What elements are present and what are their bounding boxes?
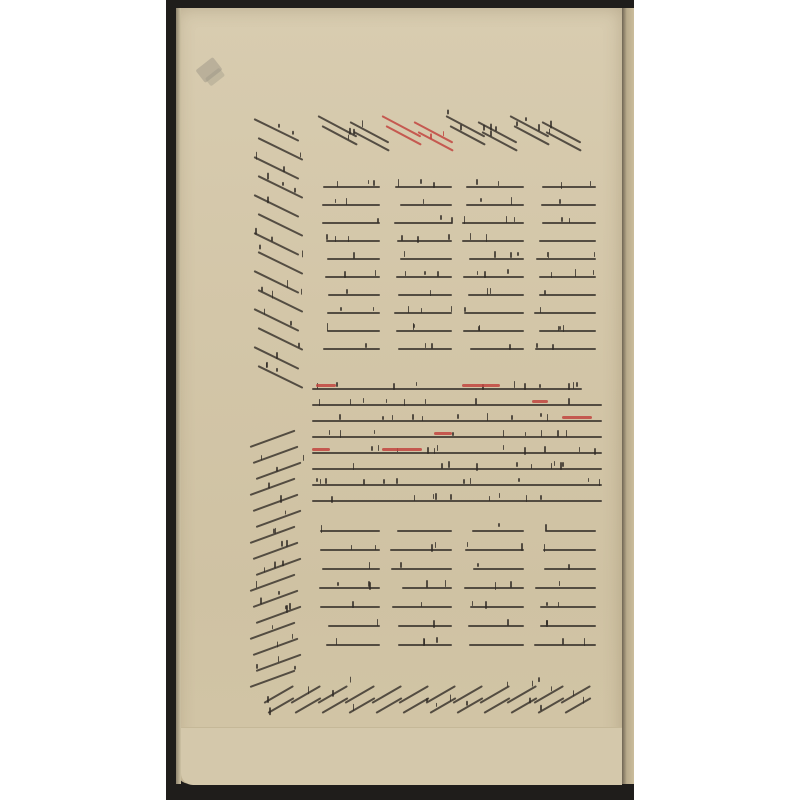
script-text-line bbox=[543, 549, 596, 551]
script-stroke bbox=[532, 681, 534, 687]
script-stroke bbox=[325, 478, 327, 484]
script-stroke bbox=[540, 307, 542, 313]
script-stroke bbox=[423, 199, 425, 205]
script-stroke bbox=[451, 217, 453, 224]
script-stroke bbox=[511, 415, 513, 419]
script-stroke bbox=[437, 271, 439, 277]
script-stroke bbox=[431, 544, 433, 552]
script-stroke bbox=[408, 306, 410, 312]
script-stroke bbox=[377, 619, 379, 626]
script-stroke bbox=[256, 152, 258, 160]
script-text-line bbox=[320, 530, 380, 532]
script-text-line bbox=[395, 186, 452, 188]
script-stroke bbox=[559, 199, 561, 204]
script-text-line bbox=[312, 452, 602, 454]
script-stroke bbox=[544, 446, 546, 453]
script-stroke bbox=[544, 290, 546, 296]
script-stroke bbox=[457, 414, 459, 419]
script-stroke bbox=[346, 289, 348, 294]
script-stroke bbox=[393, 383, 395, 391]
script-stroke bbox=[476, 179, 478, 185]
script-stroke bbox=[514, 217, 516, 221]
page-fold-strip bbox=[622, 8, 634, 784]
script-stroke bbox=[518, 478, 520, 482]
script-stroke bbox=[510, 252, 512, 258]
script-stroke bbox=[470, 478, 472, 484]
script-stroke bbox=[285, 605, 287, 609]
script-stroke bbox=[450, 494, 452, 500]
script-stroke bbox=[275, 528, 277, 534]
script-stroke bbox=[526, 495, 528, 503]
script-stroke bbox=[498, 523, 500, 527]
script-stroke bbox=[363, 479, 365, 486]
script-stroke bbox=[335, 199, 337, 203]
script-stroke bbox=[440, 215, 442, 220]
script-stroke bbox=[255, 227, 257, 234]
script-stroke bbox=[503, 445, 505, 450]
script-text-line bbox=[463, 276, 524, 278]
script-stroke bbox=[588, 478, 590, 482]
script-stroke bbox=[300, 153, 302, 158]
verse-block-upper bbox=[318, 178, 598, 360]
script-stroke bbox=[350, 677, 352, 683]
script-stroke bbox=[348, 134, 350, 139]
script-stroke bbox=[433, 182, 435, 188]
script-text-line bbox=[326, 644, 380, 646]
script-text-line bbox=[466, 186, 524, 188]
script-stroke bbox=[287, 280, 289, 288]
script-stroke bbox=[377, 218, 379, 223]
script-text-line bbox=[540, 625, 596, 627]
script-text-line bbox=[327, 330, 380, 332]
script-stroke bbox=[353, 463, 355, 470]
script-stroke bbox=[559, 326, 561, 331]
script-stroke bbox=[289, 603, 291, 609]
script-stroke bbox=[430, 290, 432, 297]
script-stroke bbox=[507, 619, 509, 626]
script-stroke bbox=[374, 430, 376, 435]
script-stroke bbox=[450, 694, 452, 701]
script-stroke bbox=[282, 182, 284, 186]
script-text-line bbox=[312, 404, 602, 406]
script-text-line bbox=[325, 276, 380, 278]
script-text-line bbox=[469, 258, 524, 260]
script-stroke bbox=[560, 462, 562, 469]
script-text-line bbox=[322, 222, 380, 224]
script-stroke bbox=[434, 448, 436, 454]
script-stroke bbox=[599, 479, 601, 487]
script-text-line bbox=[398, 625, 452, 627]
rubric-mark bbox=[562, 416, 592, 419]
script-stroke bbox=[298, 342, 300, 347]
script-stroke bbox=[498, 181, 500, 186]
script-stroke bbox=[259, 245, 261, 250]
script-stroke bbox=[507, 269, 509, 273]
script-stroke bbox=[545, 524, 547, 531]
script-stroke bbox=[590, 181, 592, 186]
script-stroke bbox=[538, 677, 540, 682]
script-stroke bbox=[477, 271, 479, 275]
script-text-line bbox=[464, 312, 524, 314]
script-stroke bbox=[424, 271, 426, 275]
script-stroke bbox=[276, 466, 278, 471]
script-stroke bbox=[336, 638, 338, 646]
script-stroke bbox=[539, 384, 541, 389]
script-text-line bbox=[396, 330, 452, 332]
script-text-line bbox=[253, 446, 299, 464]
script-stroke bbox=[373, 180, 375, 186]
script-stroke bbox=[416, 382, 418, 387]
script-text-line bbox=[539, 276, 596, 278]
script-stroke bbox=[525, 117, 527, 121]
script-stroke bbox=[349, 128, 351, 135]
script-text-line bbox=[473, 568, 524, 570]
script-stroke bbox=[568, 383, 570, 390]
script-stroke bbox=[326, 234, 328, 240]
page-bottom-fold bbox=[181, 727, 622, 785]
script-text-line bbox=[328, 625, 380, 627]
rubric-mark bbox=[434, 432, 452, 435]
script-stroke bbox=[261, 286, 263, 291]
left-margin-notes-lower bbox=[246, 440, 310, 710]
script-stroke bbox=[294, 188, 296, 193]
script-stroke bbox=[332, 690, 334, 697]
script-stroke bbox=[557, 430, 559, 437]
script-text-line bbox=[470, 348, 524, 350]
script-text-line bbox=[539, 330, 596, 332]
script-stroke bbox=[348, 236, 350, 242]
script-stroke bbox=[405, 271, 407, 276]
script-stroke bbox=[396, 478, 398, 484]
script-stroke bbox=[281, 541, 283, 547]
script-stroke bbox=[464, 216, 466, 223]
script-stroke bbox=[414, 495, 416, 500]
script-text-line bbox=[312, 484, 602, 486]
script-stroke bbox=[301, 289, 303, 295]
script-stroke bbox=[256, 581, 258, 588]
script-text-line bbox=[253, 494, 299, 512]
script-stroke bbox=[273, 529, 275, 534]
script-stroke bbox=[436, 637, 438, 643]
script-stroke bbox=[464, 307, 466, 313]
script-stroke bbox=[267, 696, 269, 703]
script-stroke bbox=[282, 560, 284, 567]
script-stroke bbox=[303, 455, 305, 461]
script-stroke bbox=[420, 179, 422, 184]
script-stroke bbox=[552, 344, 554, 350]
script-stroke bbox=[401, 235, 403, 240]
script-stroke bbox=[378, 445, 380, 450]
script-stroke bbox=[510, 581, 512, 588]
script-stroke bbox=[538, 124, 540, 131]
script-stroke bbox=[494, 251, 496, 258]
script-text-line bbox=[539, 240, 596, 242]
script-text-line bbox=[319, 587, 380, 589]
script-stroke bbox=[404, 251, 406, 257]
script-stroke bbox=[278, 590, 280, 594]
script-stroke bbox=[336, 382, 338, 387]
script-stroke bbox=[344, 271, 346, 279]
script-stroke bbox=[435, 542, 437, 548]
script-stroke bbox=[451, 306, 453, 312]
script-stroke bbox=[292, 131, 294, 135]
script-stroke bbox=[452, 432, 454, 436]
script-text-line bbox=[328, 294, 380, 296]
script-text-line bbox=[400, 258, 452, 260]
script-stroke bbox=[441, 463, 443, 469]
script-stroke bbox=[386, 399, 388, 403]
script-stroke bbox=[467, 542, 469, 547]
script-stroke bbox=[566, 430, 568, 437]
script-stroke bbox=[562, 462, 564, 467]
script-stroke bbox=[368, 581, 370, 587]
script-stroke bbox=[546, 620, 548, 627]
script-stroke bbox=[362, 120, 364, 127]
script-text-line bbox=[539, 294, 596, 296]
script-stroke bbox=[435, 493, 437, 499]
script-stroke bbox=[267, 196, 269, 203]
script-stroke bbox=[272, 291, 274, 299]
script-stroke bbox=[404, 399, 406, 406]
script-stroke bbox=[436, 702, 438, 706]
script-stroke bbox=[431, 343, 433, 349]
script-stroke bbox=[430, 133, 432, 139]
script-text-line bbox=[312, 420, 602, 422]
script-stroke bbox=[561, 182, 563, 190]
script-stroke bbox=[516, 462, 518, 466]
script-stroke bbox=[412, 414, 414, 420]
script-text-line bbox=[540, 606, 596, 608]
script-stroke bbox=[594, 252, 596, 256]
script-stroke bbox=[290, 320, 292, 325]
script-stroke bbox=[484, 271, 486, 278]
script-stroke bbox=[448, 461, 450, 468]
script-stroke bbox=[551, 686, 553, 691]
script-text-line bbox=[323, 186, 380, 188]
script-stroke bbox=[413, 323, 415, 329]
script-text-line bbox=[535, 348, 596, 350]
script-stroke bbox=[514, 381, 516, 388]
script-stroke bbox=[266, 363, 268, 368]
script-stroke bbox=[427, 447, 429, 453]
script-stroke bbox=[274, 562, 276, 568]
script-text-line bbox=[390, 549, 452, 551]
script-stroke bbox=[524, 447, 526, 455]
script-text-line bbox=[394, 312, 452, 314]
script-stroke bbox=[584, 638, 586, 646]
script-text-line bbox=[464, 587, 524, 589]
script-stroke bbox=[331, 496, 333, 504]
script-stroke bbox=[285, 510, 287, 514]
script-text-line bbox=[469, 644, 524, 646]
script-text-line bbox=[466, 204, 524, 206]
script-stroke bbox=[477, 563, 479, 567]
script-stroke bbox=[529, 697, 531, 703]
script-text-line bbox=[468, 625, 524, 627]
script-stroke bbox=[540, 495, 542, 500]
script-text-line bbox=[322, 204, 380, 206]
script-stroke bbox=[470, 233, 472, 240]
script-stroke bbox=[272, 625, 274, 629]
script-text-line bbox=[322, 568, 380, 570]
script-stroke bbox=[426, 697, 428, 702]
script-stroke bbox=[268, 483, 270, 488]
script-stroke bbox=[576, 382, 578, 387]
script-stroke bbox=[373, 307, 375, 311]
script-stroke bbox=[426, 580, 428, 588]
script-stroke bbox=[425, 399, 427, 404]
script-stroke bbox=[339, 414, 341, 419]
script-stroke bbox=[351, 545, 353, 550]
script-stroke bbox=[540, 413, 542, 417]
script-stroke bbox=[417, 236, 419, 244]
script-stroke bbox=[363, 398, 365, 403]
script-stroke bbox=[280, 495, 282, 503]
script-stroke bbox=[483, 125, 485, 131]
script-stroke bbox=[563, 325, 565, 332]
script-stroke bbox=[495, 582, 497, 590]
script-stroke bbox=[547, 252, 549, 257]
script-stroke bbox=[445, 580, 447, 587]
script-stroke bbox=[448, 234, 450, 241]
script-stroke bbox=[278, 123, 280, 128]
script-text-line bbox=[541, 204, 596, 206]
script-text-line bbox=[327, 312, 380, 314]
script-stroke bbox=[294, 666, 296, 670]
script-text-line bbox=[545, 530, 596, 532]
script-text-line bbox=[542, 186, 596, 188]
script-text-line bbox=[396, 276, 452, 278]
rubric-mark bbox=[382, 448, 422, 451]
script-text-line bbox=[397, 530, 452, 532]
script-stroke bbox=[517, 252, 519, 256]
script-stroke bbox=[352, 601, 354, 608]
rubric-mark bbox=[316, 384, 336, 387]
script-stroke bbox=[472, 601, 474, 606]
script-stroke bbox=[316, 478, 318, 482]
script-stroke bbox=[489, 496, 491, 501]
script-stroke bbox=[480, 198, 482, 203]
script-text-line bbox=[468, 294, 524, 296]
script-text-line bbox=[534, 312, 596, 314]
script-stroke bbox=[550, 121, 552, 129]
script-stroke bbox=[568, 398, 570, 405]
script-stroke bbox=[261, 455, 263, 461]
script-stroke bbox=[340, 307, 342, 311]
script-text-line bbox=[312, 468, 602, 470]
script-text-line bbox=[470, 606, 524, 608]
script-stroke bbox=[562, 638, 564, 645]
script-stroke bbox=[593, 270, 595, 276]
script-stroke bbox=[524, 383, 526, 390]
script-stroke bbox=[423, 638, 425, 646]
script-text-line bbox=[312, 388, 582, 390]
script-stroke bbox=[269, 707, 271, 715]
script-stroke bbox=[437, 445, 439, 451]
rubric-mark bbox=[462, 384, 500, 387]
script-stroke bbox=[511, 197, 513, 205]
script-stroke bbox=[276, 368, 278, 372]
script-text-line bbox=[463, 330, 524, 332]
script-stroke bbox=[276, 352, 278, 359]
script-stroke bbox=[421, 602, 423, 607]
rubric-mark bbox=[312, 448, 330, 451]
script-stroke bbox=[540, 704, 542, 710]
script-text-line bbox=[253, 542, 299, 560]
script-stroke bbox=[447, 109, 449, 114]
script-stroke bbox=[375, 545, 377, 550]
script-stroke bbox=[476, 463, 478, 470]
script-text-line bbox=[400, 204, 452, 206]
script-stroke bbox=[422, 416, 424, 421]
script-stroke bbox=[365, 343, 367, 348]
script-text-line bbox=[536, 258, 596, 260]
script-text-line bbox=[323, 348, 380, 350]
page-inner-edge bbox=[176, 8, 181, 784]
script-stroke bbox=[573, 691, 575, 697]
script-stroke bbox=[541, 430, 543, 437]
script-text-line bbox=[535, 587, 596, 589]
script-stroke bbox=[277, 641, 279, 648]
script-stroke bbox=[353, 252, 355, 259]
script-stroke bbox=[292, 634, 294, 639]
script-stroke bbox=[525, 432, 527, 437]
script-text-line bbox=[462, 240, 524, 242]
script-stroke bbox=[256, 664, 258, 669]
script-text-line bbox=[398, 294, 452, 296]
script-stroke bbox=[516, 122, 518, 127]
script-text-line bbox=[250, 478, 296, 496]
left-margin-notes-upper bbox=[248, 112, 318, 412]
script-stroke bbox=[583, 697, 585, 704]
script-stroke bbox=[433, 494, 435, 499]
script-stroke bbox=[302, 250, 304, 257]
script-stroke bbox=[337, 582, 339, 586]
script-stroke bbox=[486, 234, 488, 242]
script-stroke bbox=[594, 448, 596, 455]
script-text-line bbox=[397, 240, 452, 242]
script-stroke bbox=[546, 602, 548, 606]
script-stroke bbox=[495, 126, 497, 131]
script-stroke bbox=[507, 682, 509, 686]
script-stroke bbox=[509, 344, 511, 350]
script-stroke bbox=[421, 308, 423, 314]
script-stroke bbox=[499, 493, 501, 497]
script-stroke bbox=[485, 601, 487, 608]
script-stroke bbox=[460, 125, 462, 130]
script-stroke bbox=[286, 539, 288, 546]
script-stroke bbox=[554, 461, 556, 466]
script-stroke bbox=[264, 308, 266, 314]
script-stroke bbox=[350, 399, 352, 405]
script-stroke bbox=[443, 131, 445, 135]
script-stroke bbox=[463, 479, 465, 483]
script-stroke bbox=[490, 123, 492, 130]
script-stroke bbox=[308, 687, 310, 695]
script-text-line bbox=[391, 568, 452, 570]
script-text-line bbox=[462, 222, 524, 224]
script-text-line bbox=[394, 222, 452, 224]
script-stroke bbox=[475, 398, 477, 405]
script-stroke bbox=[382, 416, 384, 421]
script-text-line bbox=[544, 568, 596, 570]
verse-block-lower bbox=[318, 520, 598, 660]
script-text-line bbox=[312, 500, 602, 502]
script-stroke bbox=[536, 343, 538, 349]
script-stroke bbox=[521, 543, 523, 550]
script-text-line bbox=[534, 644, 596, 646]
prose-block bbox=[312, 380, 602, 515]
